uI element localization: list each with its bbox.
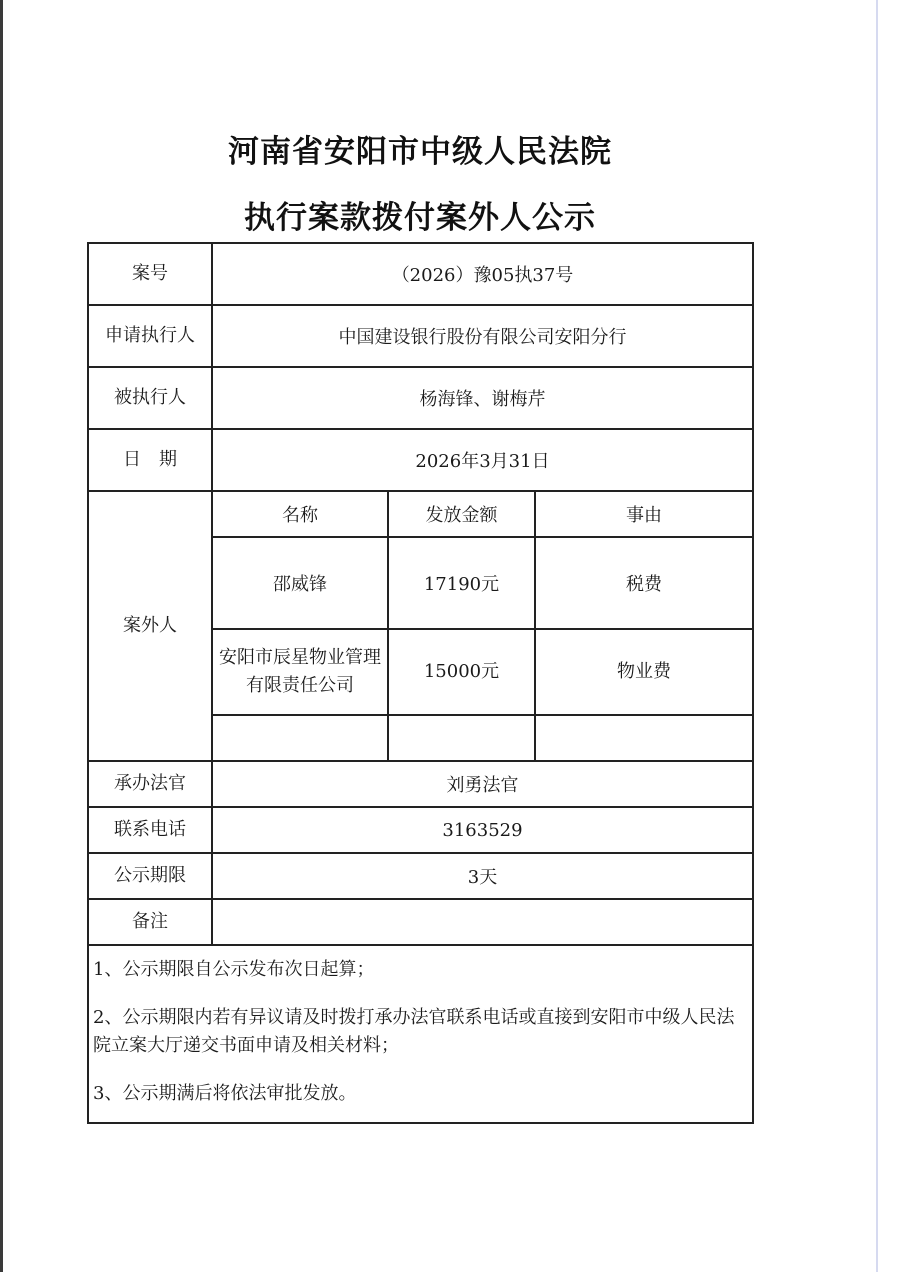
note-item: 3、公示期满后将依法审批发放。 [93, 1080, 748, 1108]
remark-value [212, 899, 753, 945]
payee-row: 安阳市辰星物业管理有限责任公司 15000元 物业费 [213, 629, 752, 715]
respondent-value: 杨海锋、谢梅芹 [212, 367, 753, 429]
date-row: 日 期 2026年3月31日 [88, 429, 753, 491]
date-label: 日 期 [88, 429, 212, 491]
case-number-value: （2026）豫05执37号 [212, 243, 753, 305]
judge-value: 刘勇法官 [212, 761, 753, 807]
third-party-label: 案外人 [88, 491, 212, 761]
payees-cell: 名称 发放金额 事由 邵威锋 17190元 税费 安阳市辰星物业管理有限责任公司… [212, 491, 753, 761]
applicant-label: 申请执行人 [88, 305, 212, 367]
period-row: 公示期限 3天 [88, 853, 753, 899]
respondent-row: 被执行人 杨海锋、谢梅芹 [88, 367, 753, 429]
date-value: 2026年3月31日 [212, 429, 753, 491]
court-name-title: 河南省安阳市中级人民法院 [0, 126, 840, 171]
column-header-reason: 事由 [535, 492, 752, 537]
third-party-row: 案外人 名称 发放金额 事由 邵威锋 17190元 税费 安阳市辰星物业管理有限… [88, 491, 753, 761]
payee-name: 安阳市辰星物业管理有限责任公司 [213, 629, 388, 715]
payee-name: 邵威锋 [213, 537, 388, 629]
notice-table: 案号 （2026）豫05执37号 申请执行人 中国建设银行股份有限公司安阳分行 … [87, 242, 754, 1124]
judge-label: 承办法官 [88, 761, 212, 807]
period-label: 公示期限 [88, 853, 212, 899]
payees-header-row: 名称 发放金额 事由 [213, 492, 752, 537]
notes-row: 1、公示期限自公示发布次日起算； 2、公示期限内若有异议请及时拨打承办法官联系电… [88, 945, 753, 1123]
remark-row: 备注 [88, 899, 753, 945]
note-item: 1、公示期限自公示发布次日起算； [93, 956, 748, 984]
payee-reason [535, 715, 752, 760]
notice-title: 执行案款拨付案外人公示 [0, 192, 840, 237]
scan-left-edge [0, 0, 3, 1272]
payee-name [213, 715, 388, 760]
payee-row: 邵威锋 17190元 税费 [213, 537, 752, 629]
respondent-label: 被执行人 [88, 367, 212, 429]
payee-amount [388, 715, 535, 760]
payee-amount: 17190元 [388, 537, 535, 629]
payee-row-empty [213, 715, 752, 760]
case-number-row: 案号 （2026）豫05执37号 [88, 243, 753, 305]
period-value: 3天 [212, 853, 753, 899]
payee-reason: 物业费 [535, 629, 752, 715]
payee-amount: 15000元 [388, 629, 535, 715]
notes-cell: 1、公示期限自公示发布次日起算； 2、公示期限内若有异议请及时拨打承办法官联系电… [88, 945, 753, 1123]
phone-row: 联系电话 3163529 [88, 807, 753, 853]
remark-label: 备注 [88, 899, 212, 945]
judge-row: 承办法官 刘勇法官 [88, 761, 753, 807]
case-number-label: 案号 [88, 243, 212, 305]
phone-label: 联系电话 [88, 807, 212, 853]
note-item: 2、公示期限内若有异议请及时拨打承办法官联系电话或直接到安阳市中级人民法院立案大… [93, 1004, 748, 1060]
scan-right-edge [876, 0, 878, 1272]
column-header-amount: 发放金额 [388, 492, 535, 537]
applicant-value: 中国建设银行股份有限公司安阳分行 [212, 305, 753, 367]
column-header-name: 名称 [213, 492, 388, 537]
phone-value: 3163529 [212, 807, 753, 853]
payees-table: 名称 发放金额 事由 邵威锋 17190元 税费 安阳市辰星物业管理有限责任公司… [213, 492, 752, 760]
applicant-row: 申请执行人 中国建设银行股份有限公司安阳分行 [88, 305, 753, 367]
payee-reason: 税费 [535, 537, 752, 629]
